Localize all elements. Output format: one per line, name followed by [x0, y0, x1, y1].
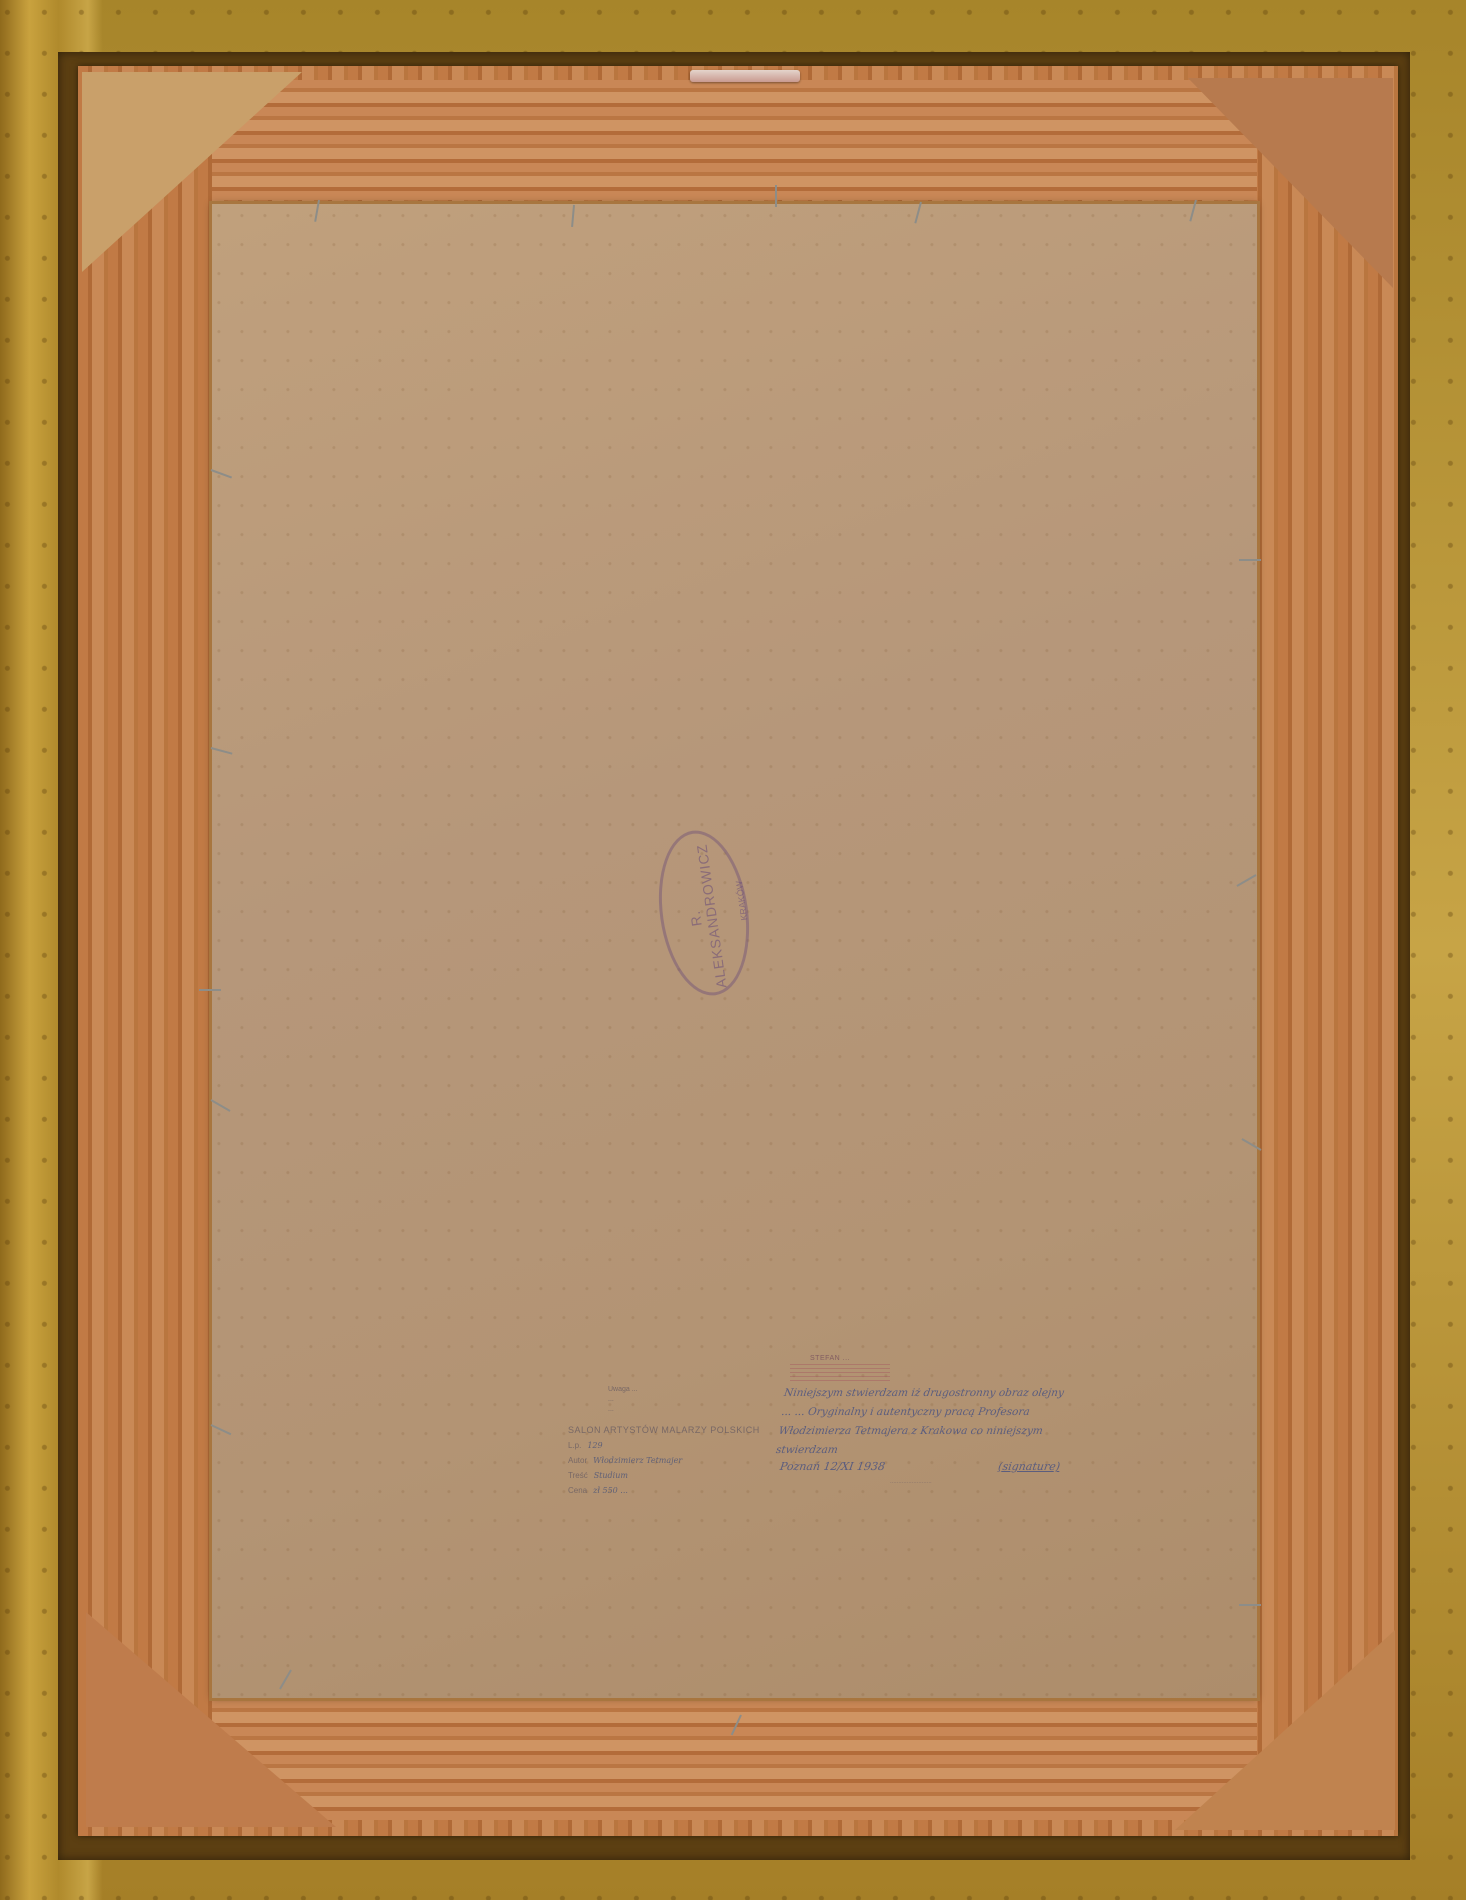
- nail: [1239, 1604, 1261, 1606]
- letterhead-lines: [790, 1364, 890, 1382]
- row-value: Studium: [594, 1471, 628, 1480]
- nail: [199, 989, 221, 991]
- row-value: 129: [587, 1441, 602, 1450]
- label-header-line: ...: [608, 1395, 768, 1405]
- authentication-note: STEFAN ... Niniejszym stwierdzam iż drug…: [780, 1355, 1060, 1485]
- stretcher-top-bar: [212, 80, 1257, 200]
- label-title: SALON ARTYSTÓW MALARZY POLSKICH: [568, 1425, 768, 1435]
- row-key: L.p.: [568, 1441, 581, 1450]
- label-header-line: ...: [608, 1405, 768, 1415]
- nail: [1239, 559, 1261, 561]
- label-header-line: Uwaga ...: [608, 1385, 768, 1395]
- row-key: Autor: [568, 1456, 587, 1465]
- row-value: Włodzimierz Tetmajer: [593, 1456, 682, 1465]
- stamp-name: R. ALEKSANDROWICZ: [677, 836, 731, 999]
- exhibition-label: Uwaga ... ... ... SALON ARTYSTÓW MALARZY…: [568, 1385, 768, 1495]
- date-signature-row: Poznań 12/XI 1938 (signature): [779, 1460, 1061, 1473]
- row-value: zł 550 ...: [593, 1486, 628, 1495]
- nail: [775, 185, 777, 207]
- label-row: L.p.129: [568, 1441, 768, 1450]
- label-row: AutorWłodzimierz Tetmajer: [568, 1456, 768, 1465]
- label-row: TreśćStudium: [568, 1471, 768, 1480]
- sawtooth-hanger-icon: [690, 70, 800, 82]
- handwritten-text: Niniejszym stwierdzam iż drugostronny ob…: [775, 1384, 1066, 1460]
- place-date: Poznań 12/XI 1938: [779, 1460, 886, 1473]
- stretcher-bottom-bar: [212, 1700, 1257, 1820]
- label-row: Cenazł 550 ...: [568, 1486, 768, 1495]
- row-key: Treść: [568, 1471, 588, 1480]
- row-key: Cena: [568, 1486, 587, 1495]
- note-footer-stamp: .........................: [890, 1479, 1060, 1485]
- signature: (signature): [997, 1460, 1061, 1473]
- note-letterhead: STEFAN ...: [810, 1355, 1060, 1362]
